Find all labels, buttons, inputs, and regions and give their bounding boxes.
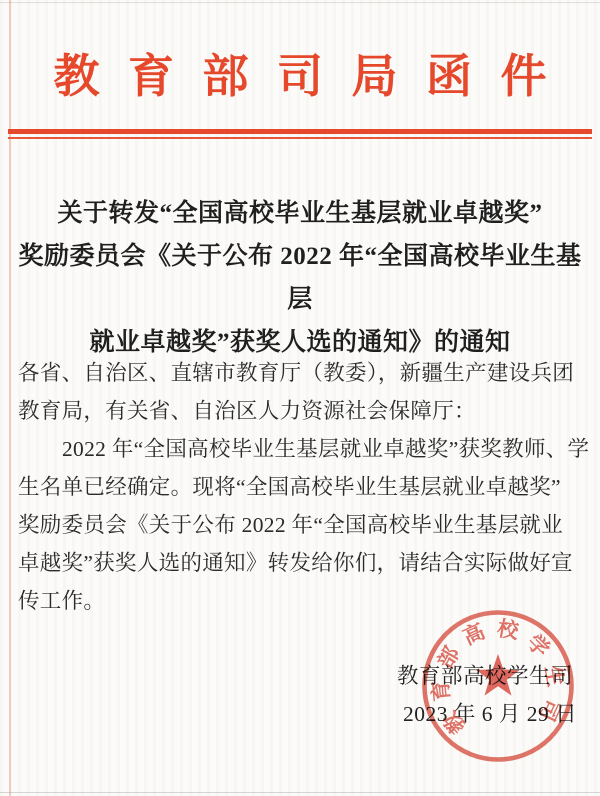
seal-arc-char: 司 (534, 696, 565, 725)
document-title-line: 关于转发“全国高校毕业生基层就业卓越奖” (10, 192, 590, 235)
letterhead-rule-thin (8, 137, 592, 139)
body-line-paragraph: 卓越奖”获奖人选的通知》转发给你们，请结合实际做好宣 (18, 544, 584, 582)
document-title-line: 奖励委员会《关于公布 2022 年“全国高校毕业生基层 (10, 235, 590, 321)
body-line-paragraph: 生名单已经确定。现将“全国高校毕业生基层就业卓越奖” (18, 468, 584, 506)
seal-arc-char: 校 (495, 616, 521, 643)
seal-arc-char: 育 (428, 679, 454, 702)
scan-edge-line-top (0, 2, 600, 3)
scan-edge-line-bottom (0, 792, 600, 793)
body-line-salutation: 教育局，有关省、自治区人力资源社会保障厅： (18, 392, 584, 430)
body-line-paragraph: 2022 年“全国高校毕业生基层就业卓越奖”获奖教师、学 (18, 430, 584, 468)
official-seal-stamp: 教 育 部 高 校 学 生 司 (412, 600, 584, 772)
body-line-salutation: 各省、自治区、直辖市教育厅（教委），新疆生产建设兵团 (18, 354, 584, 392)
document-title: 关于转发“全国高校毕业生基层就业卓越奖” 奖励委员会《关于公布 2022 年“全… (10, 192, 590, 364)
seal-star-icon (476, 654, 520, 696)
scanned-letter-page: 教育部司局函件 关于转发“全国高校毕业生基层就业卓越奖” 奖励委员会《关于公布 … (0, 0, 600, 796)
document-body: 各省、自治区、直辖市教育厅（教委），新疆生产建设兵团 教育局，有关省、自治区人力… (18, 354, 584, 620)
scan-edge-line-left (9, 0, 11, 796)
letterhead-rule-thick (8, 129, 592, 134)
body-line-paragraph: 奖励委员会《关于公布 2022 年“全国高校毕业生基层就业 (18, 506, 584, 544)
seal-arc-char: 生 (540, 664, 567, 689)
seal-arc-char: 高 (459, 619, 488, 650)
letterhead-title: 教育部司局函件 (0, 48, 600, 106)
